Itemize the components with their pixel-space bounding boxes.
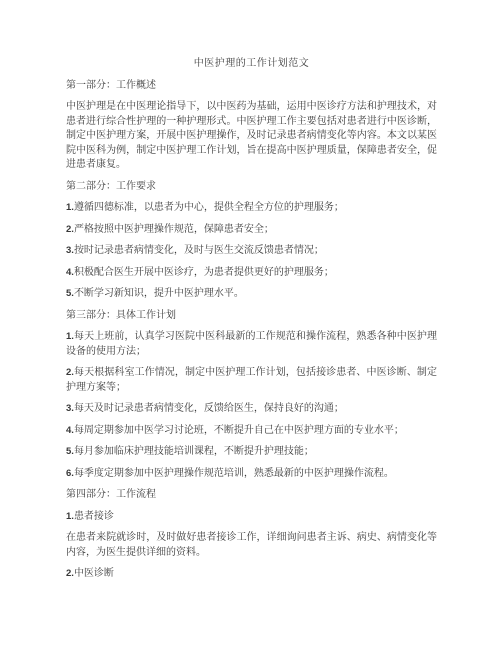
- list-item-number: 2.: [66, 568, 74, 579]
- list-item: 2.严格按照中医护理操作规范，保障患者安全；: [66, 223, 437, 238]
- list-item-text: 每月参加临床护理技能培训课程，不断提升护理技能；: [74, 446, 314, 457]
- list-item-number: 6.: [66, 468, 74, 479]
- list-item-text: 每天根据科室工作情况，制定中医护理工作计划，包括接诊患者、中医诊断、制定护理方案…: [66, 367, 437, 393]
- paragraph: 在患者来院就诊时，及时做好患者接诊工作，详细询问患者主诉、病史、病情变化等内容，…: [66, 531, 437, 560]
- list-item: 5.每月参加临床护理技能培训课程，不断提升护理技能；: [66, 445, 437, 460]
- paragraph-text: 中医护理是在中医理论指导下，以中医药为基础，运用中医诊疗方法和护理技术，对患者进…: [66, 101, 437, 170]
- list-item-text: 每天上班前，认真学习医院中医科最新的工作规范和操作流程，熟悉各种中医护理设备的使…: [66, 331, 437, 357]
- list-item-text: 遵循四德标准，以患者为中心，提供全程全方位的护理服务；: [74, 202, 344, 213]
- list-item-text: 积极配合医生开展中医诊疗，为患者提供更好的护理服务；: [74, 267, 334, 278]
- list-item-number: 3.: [66, 403, 74, 414]
- list-item: 1.遵循四德标准，以患者为中心，提供全程全方位的护理服务；: [66, 201, 437, 216]
- list-item: 5.不断学习新知识，提升中医护理水平。: [66, 287, 437, 302]
- list-item: 2.每天根据科室工作情况，制定中医护理工作计划，包括接诊患者、中医诊断、制定护理…: [66, 366, 437, 395]
- list-item-text: 每周定期参加中医学习讨论班，不断提升自己在中医护理方面的专业水平；: [74, 425, 404, 436]
- list-item-number: 4.: [66, 267, 74, 278]
- list-item-number: 4.: [66, 425, 74, 436]
- paragraph: 中医护理是在中医理论指导下，以中医药为基础，运用中医诊疗方法和护理技术，对患者进…: [66, 100, 437, 173]
- list-item-text: 患者接诊: [74, 511, 114, 522]
- list-item-number: 1.: [66, 202, 74, 213]
- list-item: 4.积极配合医生开展中医诊疗，为患者提供更好的护理服务；: [66, 266, 437, 281]
- list-item-text: 不断学习新知识，提升中医护理水平。: [74, 288, 244, 299]
- list-item: 3.按时记录患者病情变化，及时与医生交流反馈患者情况；: [66, 244, 437, 259]
- list-item-number: 2.: [66, 224, 74, 235]
- list-item: 1.每天上班前，认真学习医院中医科最新的工作规范和操作流程，熟悉各种中医护理设备…: [66, 330, 437, 359]
- paragraph-text: 在患者来院就诊时，及时做好患者接诊工作，详细询问患者主诉、病史、病情变化等内容，…: [66, 532, 437, 558]
- list-item-number: 5.: [66, 446, 74, 457]
- document-content: 中医护理的工作计划范文 第一部分：工作概述 中医护理是在中医理论指导下，以中医药…: [66, 57, 437, 589]
- document-title: 中医护理的工作计划范文: [66, 57, 437, 72]
- section-heading-4: 第四部分：工作流程: [66, 488, 437, 503]
- list-item: 4.每周定期参加中医学习讨论班，不断提升自己在中医护理方面的专业水平；: [66, 424, 437, 439]
- section-heading-1: 第一部分：工作概述: [66, 79, 437, 94]
- list-item-text: 严格按照中医护理操作规范，保障患者安全；: [74, 224, 274, 235]
- list-item-text: 中医诊断: [74, 568, 114, 579]
- list-item-number: 2.: [66, 367, 74, 378]
- section-heading-2: 第二部分：工作要求: [66, 180, 437, 195]
- list-item-number: 3.: [66, 245, 74, 256]
- list-item-text: 每天及时记录患者病情变化，反馈给医生，保持良好的沟通；: [74, 403, 344, 414]
- section-heading-3: 第三部分：具体工作计划: [66, 309, 437, 324]
- document-page: 中医护理的工作计划范文 第一部分：工作概述 中医护理是在中医理论指导下，以中医药…: [0, 0, 502, 649]
- list-item: 3.每天及时记录患者病情变化，反馈给医生，保持良好的沟通；: [66, 402, 437, 417]
- list-item: 2.中医诊断: [66, 567, 437, 582]
- list-item: 6.每季度定期参加中医护理操作规范培训，熟悉最新的中医护理操作流程。: [66, 467, 437, 482]
- list-item: 1.患者接诊: [66, 510, 437, 525]
- list-item-text: 每季度定期参加中医护理操作规范培训，熟悉最新的中医护理操作流程。: [74, 468, 394, 479]
- list-item-number: 1.: [66, 511, 74, 522]
- list-item-text: 按时记录患者病情变化，及时与医生交流反馈患者情况；: [74, 245, 324, 256]
- list-item-number: 5.: [66, 288, 74, 299]
- list-item-number: 1.: [66, 331, 74, 342]
